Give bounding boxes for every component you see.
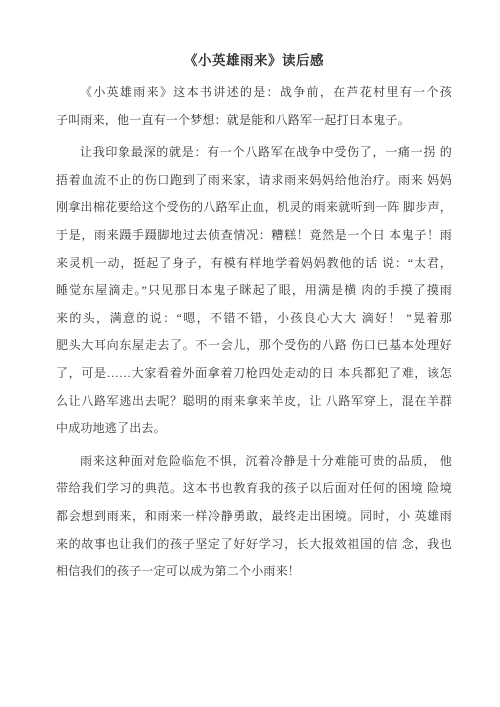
text-line: 带给我们学习的典范。这本书也教育我的孩子以后面对任何的困境 险境	[56, 475, 452, 503]
text-line: 睡觉东屋滴走。”只见那日本鬼子眯起了眼，用满是横 肉的手摸了摸雨	[56, 277, 452, 305]
document-page: 《小英雄雨来》读后感 《小英雄雨来》这本书讲述的是：战争前，在芦花村里有一个孩 …	[0, 0, 500, 707]
text-line: 让我印象最深的就是：有一个八路军在战争中受伤了，一痛一拐 的	[56, 139, 452, 167]
text-line: 于是，雨来蹑手蹑脚地过去侦查情况：糟糕！竟然是一个日 本鬼子！雨	[56, 222, 452, 250]
text-line: 中成功地逃了出去。	[56, 415, 452, 443]
text-line: 么让八路军逃出去呢？聪明的雨来拿来羊皮，让 八路军穿上，混在羊群	[56, 388, 452, 416]
paragraph-reflection: 雨来这种面对危险临危不惧，沉着冷静是十分难能可贵的品质， 他 带给我们学习的典范…	[56, 448, 452, 586]
text-line: 了，可是……大家看着外面拿着刀枪四处走动的日 本兵都犯了难，该怎	[56, 360, 452, 388]
text-line: 雨来这种面对危险临危不惧，沉着冷静是十分难能可贵的品质， 他	[56, 448, 452, 476]
document-title: 《小英雄雨来》读后感	[56, 46, 452, 76]
text-line: 肥头大耳向东屋走去了。不一会儿，那个受伤的八路 伤口已基本处理好	[56, 332, 452, 360]
text-line: 《小英雄雨来》这本书讲述的是：战争前，在芦花村里有一个孩	[56, 79, 452, 107]
text-line: 来灵机一动，挺起了身子，有模有样地学着妈妈教他的话 说：“太君，	[56, 250, 452, 278]
text-line: 子叫雨来，他一直有一个梦想：就是能和八路军一起打日本鬼子。	[56, 107, 452, 135]
document-content: 《小英雄雨来》读后感 《小英雄雨来》这本书讲述的是：战争前，在芦花村里有一个孩 …	[0, 0, 500, 586]
paragraph-intro: 《小英雄雨来》这本书讲述的是：战争前，在芦花村里有一个孩 子叫雨来，他一直有一个…	[56, 79, 452, 134]
text-line: 刚拿出棉花要给这个受伤的八路军止血，机灵的雨来就听到一阵 脚步声，	[56, 194, 452, 222]
paragraph-story: 让我印象最深的就是：有一个八路军在战争中受伤了，一痛一拐 的 捂着血流不止的伤口…	[56, 139, 452, 443]
text-line: 都会想到雨来，和雨来一样冷静勇敢，最终走出困境。同时，小 英雄雨	[56, 503, 452, 531]
text-line: 来的头，满意的说：“嗯，不错不错，小孩良心大大 滴好！ ”晃着那	[56, 305, 452, 333]
text-line: 来的故事也让我们的孩子坚定了好好学习，长大报效祖国的信 念，我也	[56, 531, 452, 559]
text-line: 捂着血流不止的伤口跑到了雨来家，请求雨来妈妈给他治疗。雨来 妈妈	[56, 167, 452, 195]
text-line: 相信我们的孩子一定可以成为第二个小雨来！	[56, 558, 452, 586]
